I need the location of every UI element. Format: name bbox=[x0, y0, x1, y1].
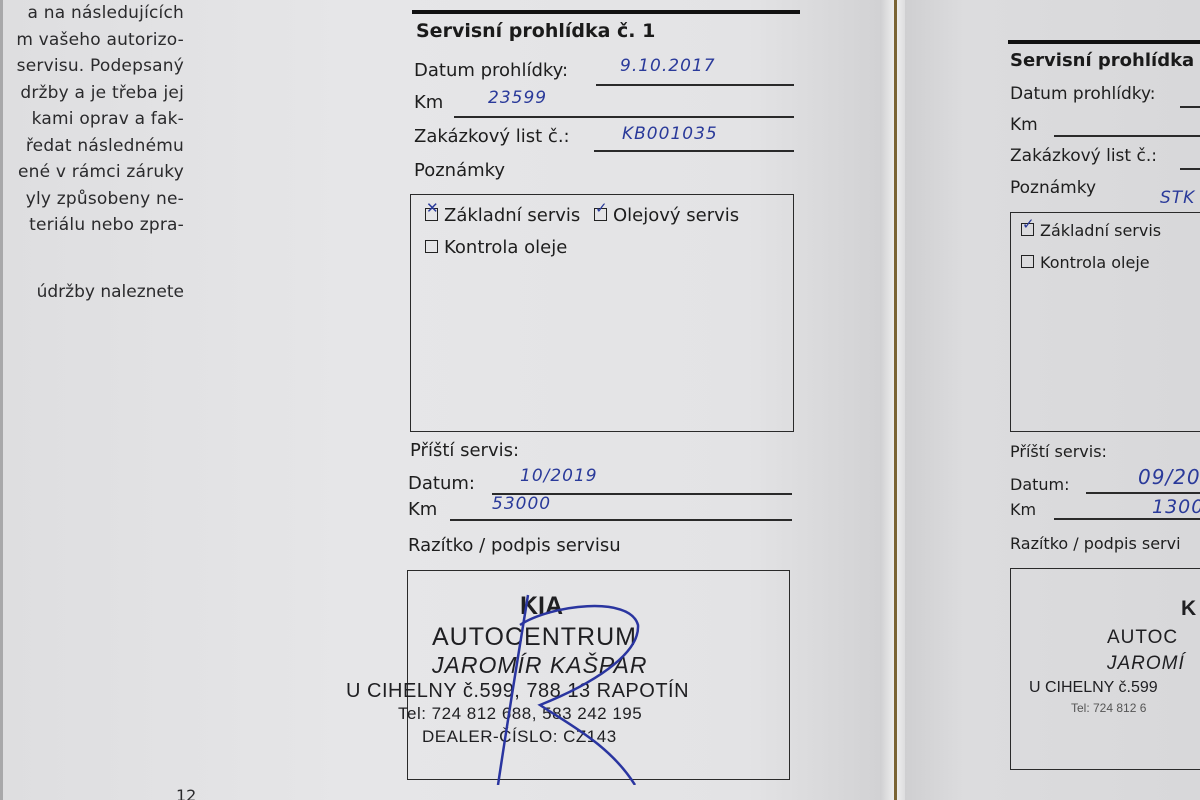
text-line: držby a je třeba jej bbox=[0, 80, 184, 107]
checkbox-label: Olejový servis bbox=[613, 205, 739, 226]
date-label: Datum prohlídky: bbox=[414, 60, 568, 81]
order-value[interactable]: KB001035 bbox=[622, 124, 718, 144]
next-km-label: Km bbox=[1010, 500, 1036, 519]
checkbox-basic-service[interactable]: ✕ bbox=[425, 205, 444, 226]
km-label: Km bbox=[414, 92, 443, 113]
text-line: ředat následnému bbox=[0, 133, 184, 160]
form-top-rule bbox=[1008, 40, 1200, 44]
checkbox-label: Základní servis bbox=[444, 205, 580, 226]
order-line bbox=[594, 150, 794, 152]
form-title: Servisní prohlídka č. 1 bbox=[416, 20, 655, 42]
check-mark-icon: ✕ bbox=[426, 199, 439, 217]
order-line bbox=[1180, 168, 1200, 170]
km-line bbox=[454, 116, 794, 118]
text-line: a na následujících bbox=[0, 0, 184, 27]
notes-label: Poznámky bbox=[414, 160, 505, 181]
stamp-label: Razítko / podpis servi bbox=[1010, 534, 1181, 553]
next-date-value[interactable]: 10/2019 bbox=[520, 466, 598, 486]
signature-icon bbox=[470, 585, 660, 785]
stamp-line1: AUTOC bbox=[1107, 627, 1178, 649]
km-label: Km bbox=[1010, 115, 1038, 135]
stamp-box: K AUTOC JAROMÍ U CIHELNY č.599 Tel: 724 … bbox=[1010, 568, 1200, 770]
stamp-phone: Tel: 724 812 6 bbox=[1071, 701, 1146, 715]
check-mark-icon: ✓ bbox=[1022, 215, 1035, 233]
check-mark-icon: ✓ bbox=[595, 199, 608, 217]
next-date-value[interactable]: 09/20 bbox=[1138, 465, 1200, 489]
text-line: ené v rámci záruky bbox=[0, 159, 184, 186]
notes-value[interactable]: STK bbox=[1160, 188, 1195, 208]
checkbox-label: Kontrola oleje bbox=[444, 237, 567, 258]
previous-page-text-extra: údržby naleznete bbox=[0, 282, 184, 302]
checkbox-oil-check[interactable] bbox=[1021, 253, 1040, 272]
notes-box: ✕Základní servis ✓Olejový servis Kontrol… bbox=[410, 194, 794, 432]
stamp-brand: K bbox=[1181, 597, 1196, 621]
form-title: Servisní prohlídka č bbox=[1010, 50, 1200, 71]
stamp-label: Razítko / podpis servisu bbox=[408, 535, 621, 556]
date-label: Datum prohlídky: bbox=[1010, 84, 1156, 104]
checkbox-label: Kontrola oleje bbox=[1040, 253, 1150, 272]
date-line bbox=[596, 84, 794, 86]
form-top-rule bbox=[412, 10, 800, 14]
order-label: Zakázkový list č.: bbox=[1010, 146, 1157, 166]
date-line bbox=[1180, 106, 1200, 108]
date-value[interactable]: 9.10.2017 bbox=[620, 56, 716, 76]
next-date-label: Datum: bbox=[408, 473, 475, 494]
previous-page-text: a na následujících m vašeho autorizo- se… bbox=[0, 0, 184, 239]
text-line: yly způsobeny ne- bbox=[0, 186, 184, 213]
next-service-label: Příští servis: bbox=[1010, 442, 1107, 461]
order-label: Zakázkový list č.: bbox=[414, 126, 570, 147]
text-line: m vašeho autorizo- bbox=[0, 27, 184, 54]
text-line: servisu. Podepsaný bbox=[0, 53, 184, 80]
next-km-value[interactable]: 1300 bbox=[1152, 496, 1200, 518]
notes-box: ✓Základní servis Kontrola oleje bbox=[1010, 212, 1200, 432]
checkbox-basic-service[interactable]: ✓ bbox=[1021, 221, 1040, 240]
text-line: kami oprav a fak- bbox=[0, 106, 184, 133]
next-date-label: Datum: bbox=[1010, 475, 1070, 494]
page-number: 12 bbox=[176, 786, 196, 800]
checkbox-oil-check[interactable] bbox=[425, 237, 444, 258]
next-km-line bbox=[450, 519, 792, 521]
next-km-label: Km bbox=[408, 499, 437, 520]
stamp-line2: JAROMÍ bbox=[1107, 653, 1185, 675]
next-service-label: Příští servis: bbox=[410, 440, 519, 461]
notes-label: Poznámky bbox=[1010, 178, 1096, 198]
checkbox-label: Základní servis bbox=[1040, 221, 1161, 240]
km-line bbox=[1054, 135, 1200, 137]
next-date-line bbox=[1086, 492, 1200, 494]
stamp-address: U CIHELNY č.599 bbox=[1029, 679, 1158, 697]
next-km-value[interactable]: 53000 bbox=[492, 494, 551, 514]
text-line: teriálu nebo zpra- bbox=[0, 212, 184, 239]
binding-thread bbox=[894, 0, 897, 800]
next-km-line bbox=[1054, 518, 1200, 520]
km-value[interactable]: 23599 bbox=[488, 88, 547, 108]
checkbox-oil-service[interactable]: ✓ bbox=[594, 205, 613, 226]
